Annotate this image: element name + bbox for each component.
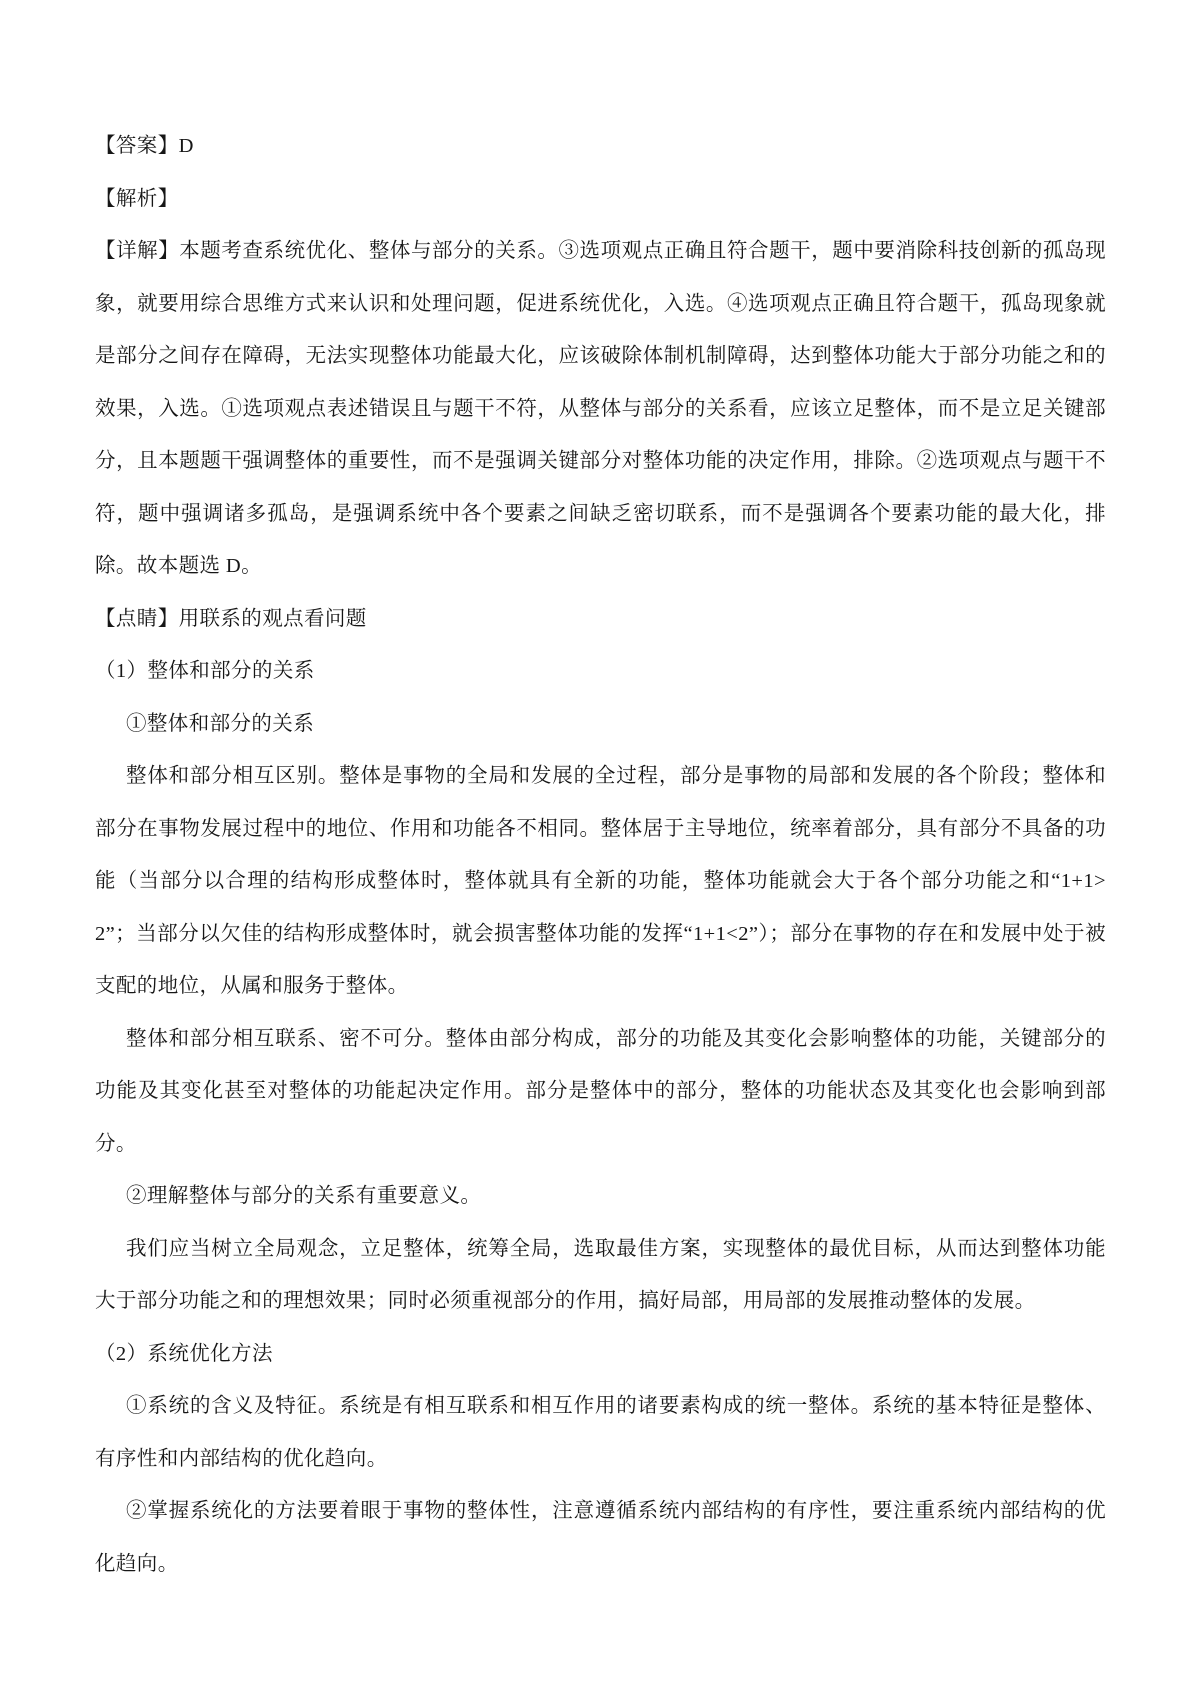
document-body: 【答案】D【解析】【详解】本题考查系统优化、整体与部分的关系。③选项观点正确且符…	[95, 120, 1106, 1590]
sub-point-1-1-heading: ①整体和部分的关系	[95, 698, 1106, 751]
document-page: 【答案】D【解析】【详解】本题考查系统优化、整体与部分的关系。③选项观点正确且符…	[0, 0, 1200, 1698]
para-significance: 我们应当树立全局观念，立足整体，统筹全局，选取最佳方案，实现整体的最优目标，从而…	[95, 1223, 1106, 1328]
sub-point-2-2: ②掌握系统化的方法要着眼于事物的整体性，注意遵循系统内部结构的有序性，要注重系统…	[95, 1485, 1106, 1590]
section-1-heading: （1）整体和部分的关系	[95, 645, 1106, 698]
detailed-explanation: 【详解】本题考查系统优化、整体与部分的关系。③选项观点正确且符合题干，题中要消除…	[95, 225, 1106, 593]
section-2-heading: （2）系统优化方法	[95, 1328, 1106, 1381]
key-point-line: 【点睛】用联系的观点看问题	[95, 593, 1106, 646]
analysis-label: 【解析】	[95, 173, 1106, 226]
answer-line: 【答案】D	[95, 120, 1106, 173]
para-whole-part-difference: 整体和部分相互区别。整体是事物的全局和发展的全过程，部分是事物的局部和发展的各个…	[95, 750, 1106, 1013]
sub-point-2-1: ①系统的含义及特征。系统是有相互联系和相互作用的诸要素构成的统一整体。系统的基本…	[95, 1380, 1106, 1485]
sub-point-1-2-heading: ②理解整体与部分的关系有重要意义。	[95, 1170, 1106, 1223]
para-whole-part-connection: 整体和部分相互联系、密不可分。整体由部分构成，部分的功能及其变化会影响整体的功能…	[95, 1013, 1106, 1171]
